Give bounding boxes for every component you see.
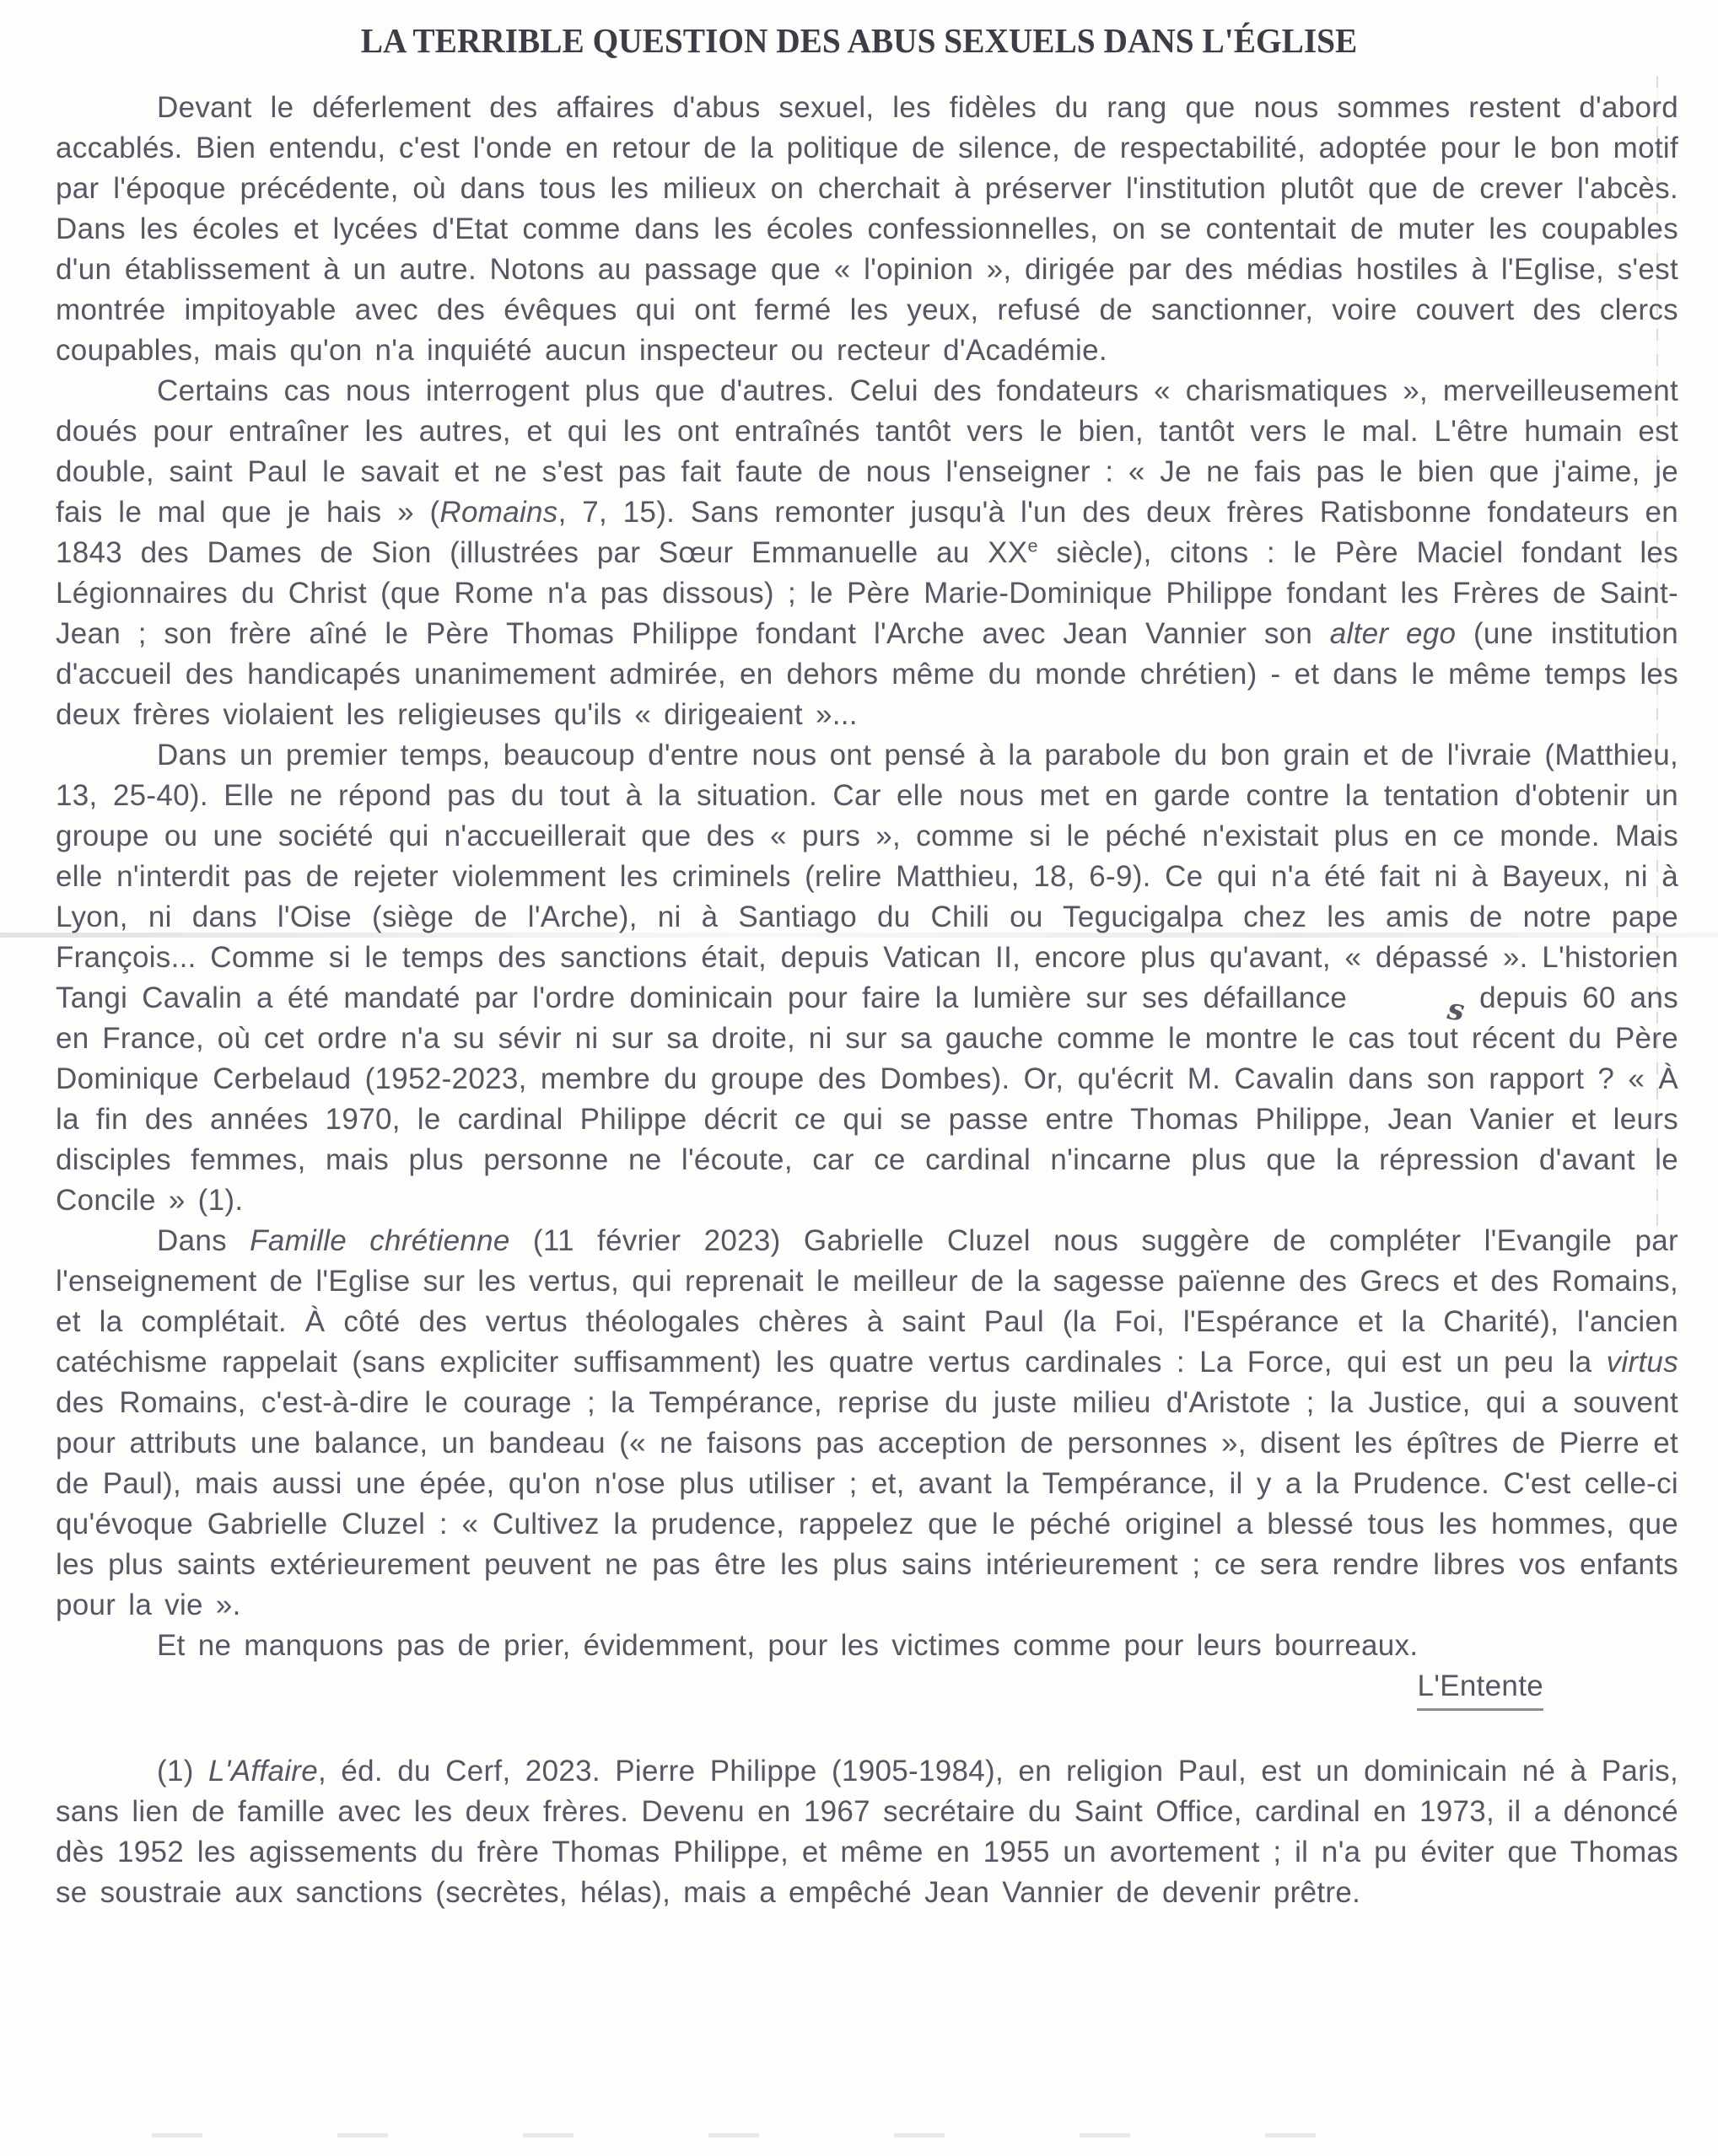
- paragraph-4: Dans Famille chrétienne (11 février 2023…: [56, 1221, 1678, 1626]
- paragraph-1: Devant le déferlement des affaires d'abu…: [56, 88, 1678, 371]
- italic-text: Romains: [439, 496, 557, 529]
- italic-text: L'Affaire: [208, 1755, 318, 1788]
- paragraph-5: Et ne manquons pas de prier, évidemment,…: [56, 1626, 1678, 1666]
- signature: L'Entente: [1417, 1666, 1543, 1711]
- italic-text: Famille chrétienne: [250, 1224, 510, 1257]
- text-run: Devant le déferlement des affaires d'abu…: [56, 91, 1678, 367]
- text-run: Dans un premier temps, beaucoup d'entre …: [56, 739, 1678, 1014]
- signature-row: L'Entente: [56, 1666, 1678, 1711]
- footnote: (1) L'Affaire, éd. du Cerf, 2023. Pierre…: [56, 1751, 1678, 1913]
- article-body: Devant le déferlement des affaires d'abu…: [56, 88, 1678, 1913]
- text-run: Dans: [157, 1224, 250, 1257]
- paragraph-3: Dans un premier temps, beaucoup d'entre …: [56, 735, 1678, 1221]
- italic-text: virtus: [1607, 1346, 1678, 1379]
- italic-text: alter ego: [1330, 617, 1457, 650]
- article-title: LA TERRIBLE QUESTION DES ABUS SEXUELS DA…: [35, 0, 1684, 61]
- paragraph-2: Certains cas nous interrogent plus que d…: [56, 371, 1678, 735]
- text-run: Et ne manquons pas de prier, évidemment,…: [157, 1629, 1418, 1662]
- scan-bottom-smudge-artifact: [152, 2133, 1333, 2137]
- text-run: des Romains, c'est-à-dire le courage ; l…: [56, 1386, 1678, 1621]
- text-run: (1): [157, 1755, 208, 1788]
- superscript-text: e: [1027, 535, 1037, 556]
- scanned-document-page: LA TERRIBLE QUESTION DES ABUS SEXUELS DA…: [0, 0, 1718, 2156]
